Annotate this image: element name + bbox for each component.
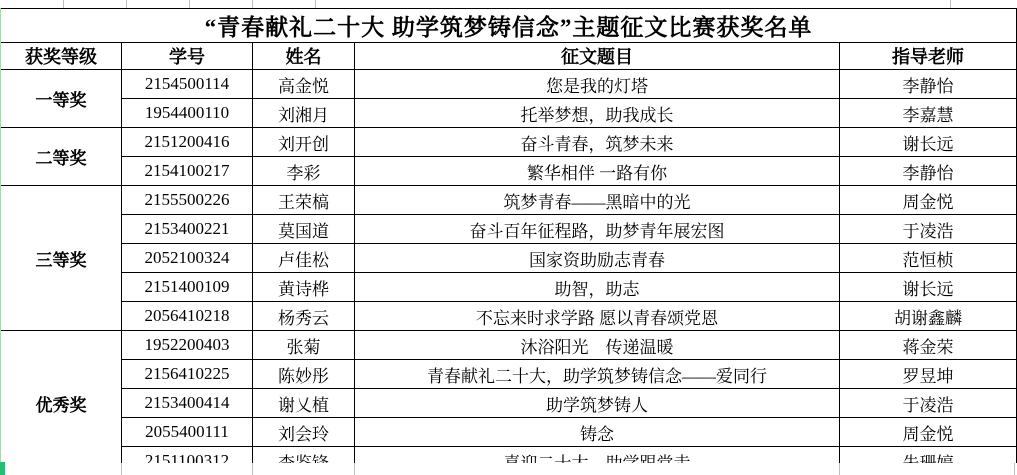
name-cell[interactable]: 刘湘月 — [253, 99, 355, 128]
teacher-cell[interactable]: 周金悦 — [840, 418, 1017, 447]
table-row: 2154100217 李彩 繁华相伴 一路有你 李静怡 — [1, 157, 1017, 186]
gridline — [839, 463, 840, 475]
teacher-cell[interactable]: 李静怡 — [840, 70, 1017, 99]
gridline — [189, 0, 190, 8]
essay-cell[interactable]: 沐浴阳光 传递温暖 — [355, 331, 840, 360]
essay-cell[interactable]: 青春献礼二十大，助学筑梦铸信念——爱同行 — [355, 360, 840, 389]
table-row: 2055400111 刘会玲 铸念 周金悦 — [1, 418, 1017, 447]
gridline — [1014, 463, 1015, 475]
gridline — [252, 463, 253, 475]
student-id-cell[interactable]: 2153400414 — [122, 389, 253, 418]
table-row: 二等奖 2151200416 刘开创 奋斗青春，筑梦未来 谢长远 — [1, 128, 1017, 157]
name-cell[interactable]: 刘开创 — [253, 128, 355, 157]
essay-cell[interactable]: 您是我的灯塔 — [355, 70, 840, 99]
gridline — [121, 463, 122, 475]
name-cell[interactable]: 刘会玲 — [253, 418, 355, 447]
teacher-cell[interactable]: 于凌浩 — [840, 215, 1017, 244]
name-cell[interactable]: 卢佳松 — [253, 244, 355, 273]
header-name[interactable]: 姓名 — [253, 43, 355, 70]
name-cell[interactable]: 莫国道 — [253, 215, 355, 244]
header-level[interactable]: 获奖等级 — [1, 43, 122, 70]
essay-cell[interactable]: 托举梦想，助我成长 — [355, 99, 840, 128]
gridline — [63, 0, 64, 8]
table-row: 2153400414 谢乂植 助学筑梦铸人 于凌浩 — [1, 389, 1017, 418]
teacher-cell[interactable]: 范恒桢 — [840, 244, 1017, 273]
student-id-cell[interactable]: 1952200403 — [122, 331, 253, 360]
essay-cell[interactable]: 助学筑梦铸人 — [355, 389, 840, 418]
title-row: “青春献礼二十大 助学筑梦铸信念”主题征文比赛获奖名单 — [1, 9, 1017, 43]
name-cell[interactable]: 张菊 — [253, 331, 355, 360]
selection-corner-marker — [0, 462, 5, 475]
teacher-cell[interactable]: 李静怡 — [840, 157, 1017, 186]
gridline — [354, 463, 355, 475]
spreadsheet-view: “青春献礼二十大 助学筑梦铸信念”主题征文比赛获奖名单 获奖等级 学号 姓名 征… — [0, 0, 1017, 475]
award-table: “青春献礼二十大 助学筑梦铸信念”主题征文比赛获奖名单 获奖等级 学号 姓名 征… — [0, 8, 1017, 475]
name-cell[interactable]: 杨秀云 — [253, 302, 355, 331]
teacher-cell[interactable]: 罗昱坤 — [840, 360, 1017, 389]
table-row: 三等奖 2155500226 王荣槁 筑梦青春——黑暗中的光 周金悦 — [1, 186, 1017, 215]
header-student-id[interactable]: 学号 — [122, 43, 253, 70]
teacher-cell[interactable]: 谢长远 — [840, 128, 1017, 157]
table-row: 2052100324 卢佳松 国家资助励志青春 范恒桢 — [1, 244, 1017, 273]
teacher-cell[interactable]: 于凌浩 — [840, 389, 1017, 418]
essay-cell[interactable]: 奋斗青春，筑梦未来 — [355, 128, 840, 157]
table-row: 一等奖 2154500114 高金悦 您是我的灯塔 李静怡 — [1, 70, 1017, 99]
award-level-cell[interactable]: 三等奖 — [1, 186, 122, 331]
name-cell[interactable]: 陈妙彤 — [253, 360, 355, 389]
student-id-cell[interactable]: 2151400109 — [122, 273, 253, 302]
student-id-cell[interactable]: 2154100217 — [122, 157, 253, 186]
essay-cell[interactable]: 筑梦青春——黑暗中的光 — [355, 186, 840, 215]
essay-cell[interactable]: 助智，助志 — [355, 273, 840, 302]
table-row: 1954400110 刘湘月 托举梦想，助我成长 李嘉慧 — [1, 99, 1017, 128]
gridline — [315, 0, 316, 8]
award-level-cell[interactable]: 一等奖 — [1, 70, 122, 128]
partial-row-above — [0, 0, 1017, 8]
essay-cell[interactable]: 国家资助励志青春 — [355, 244, 840, 273]
student-id-cell[interactable]: 1954400110 — [122, 99, 253, 128]
gridline — [252, 0, 253, 8]
award-level-cell[interactable]: 优秀奖 — [1, 331, 122, 475]
table-row: 2156410225 陈妙彤 青春献礼二十大，助学筑梦铸信念——爱同行 罗昱坤 — [1, 360, 1017, 389]
name-cell[interactable]: 王荣槁 — [253, 186, 355, 215]
header-row: 获奖等级 学号 姓名 征文题目 指导老师 — [1, 43, 1017, 70]
name-cell[interactable]: 高金悦 — [253, 70, 355, 99]
essay-cell[interactable]: 铸念 — [355, 418, 840, 447]
partial-row-below — [0, 463, 1017, 475]
student-id-cell[interactable]: 2155500226 — [122, 186, 253, 215]
award-level-cell[interactable]: 二等奖 — [1, 128, 122, 186]
name-cell[interactable]: 李彩 — [253, 157, 355, 186]
header-teacher[interactable]: 指导老师 — [840, 43, 1017, 70]
teacher-cell[interactable]: 谢长远 — [840, 273, 1017, 302]
table-title-cell[interactable]: “青春献礼二十大 助学筑梦铸信念”主题征文比赛获奖名单 — [1, 9, 1017, 43]
gridline — [126, 0, 127, 8]
table-row: 优秀奖 1952200403 张菊 沐浴阳光 传递温暖 蒋金荣 — [1, 331, 1017, 360]
student-id-cell[interactable]: 2052100324 — [122, 244, 253, 273]
header-essay[interactable]: 征文题目 — [355, 43, 840, 70]
table-row: 2151400109 黄诗桦 助智，助志 谢长远 — [1, 273, 1017, 302]
name-cell[interactable]: 谢乂植 — [253, 389, 355, 418]
gridline — [950, 0, 951, 8]
table-row: 2056410218 杨秀云 不忘来时求学路 愿以青春颂党恩 胡谢鑫麟 — [1, 302, 1017, 331]
essay-cell[interactable]: 奋斗百年征程路，助梦青年展宏图 — [355, 215, 840, 244]
student-id-cell[interactable]: 2156410225 — [122, 360, 253, 389]
teacher-cell[interactable]: 李嘉慧 — [840, 99, 1017, 128]
student-id-cell[interactable]: 2153400221 — [122, 215, 253, 244]
student-id-cell[interactable]: 2154500114 — [122, 70, 253, 99]
teacher-cell[interactable]: 周金悦 — [840, 186, 1017, 215]
student-id-cell[interactable]: 2055400111 — [122, 418, 253, 447]
teacher-cell[interactable]: 蒋金荣 — [840, 331, 1017, 360]
sheet-left-edge-line — [0, 8, 1, 463]
essay-cell[interactable]: 不忘来时求学路 愿以青春颂党恩 — [355, 302, 840, 331]
student-id-cell[interactable]: 2151200416 — [122, 128, 253, 157]
teacher-cell[interactable]: 胡谢鑫麟 — [840, 302, 1017, 331]
name-cell[interactable]: 黄诗桦 — [253, 273, 355, 302]
essay-cell[interactable]: 繁华相伴 一路有你 — [355, 157, 840, 186]
table-row: 2153400221 莫国道 奋斗百年征程路，助梦青年展宏图 于凌浩 — [1, 215, 1017, 244]
student-id-cell[interactable]: 2056410218 — [122, 302, 253, 331]
